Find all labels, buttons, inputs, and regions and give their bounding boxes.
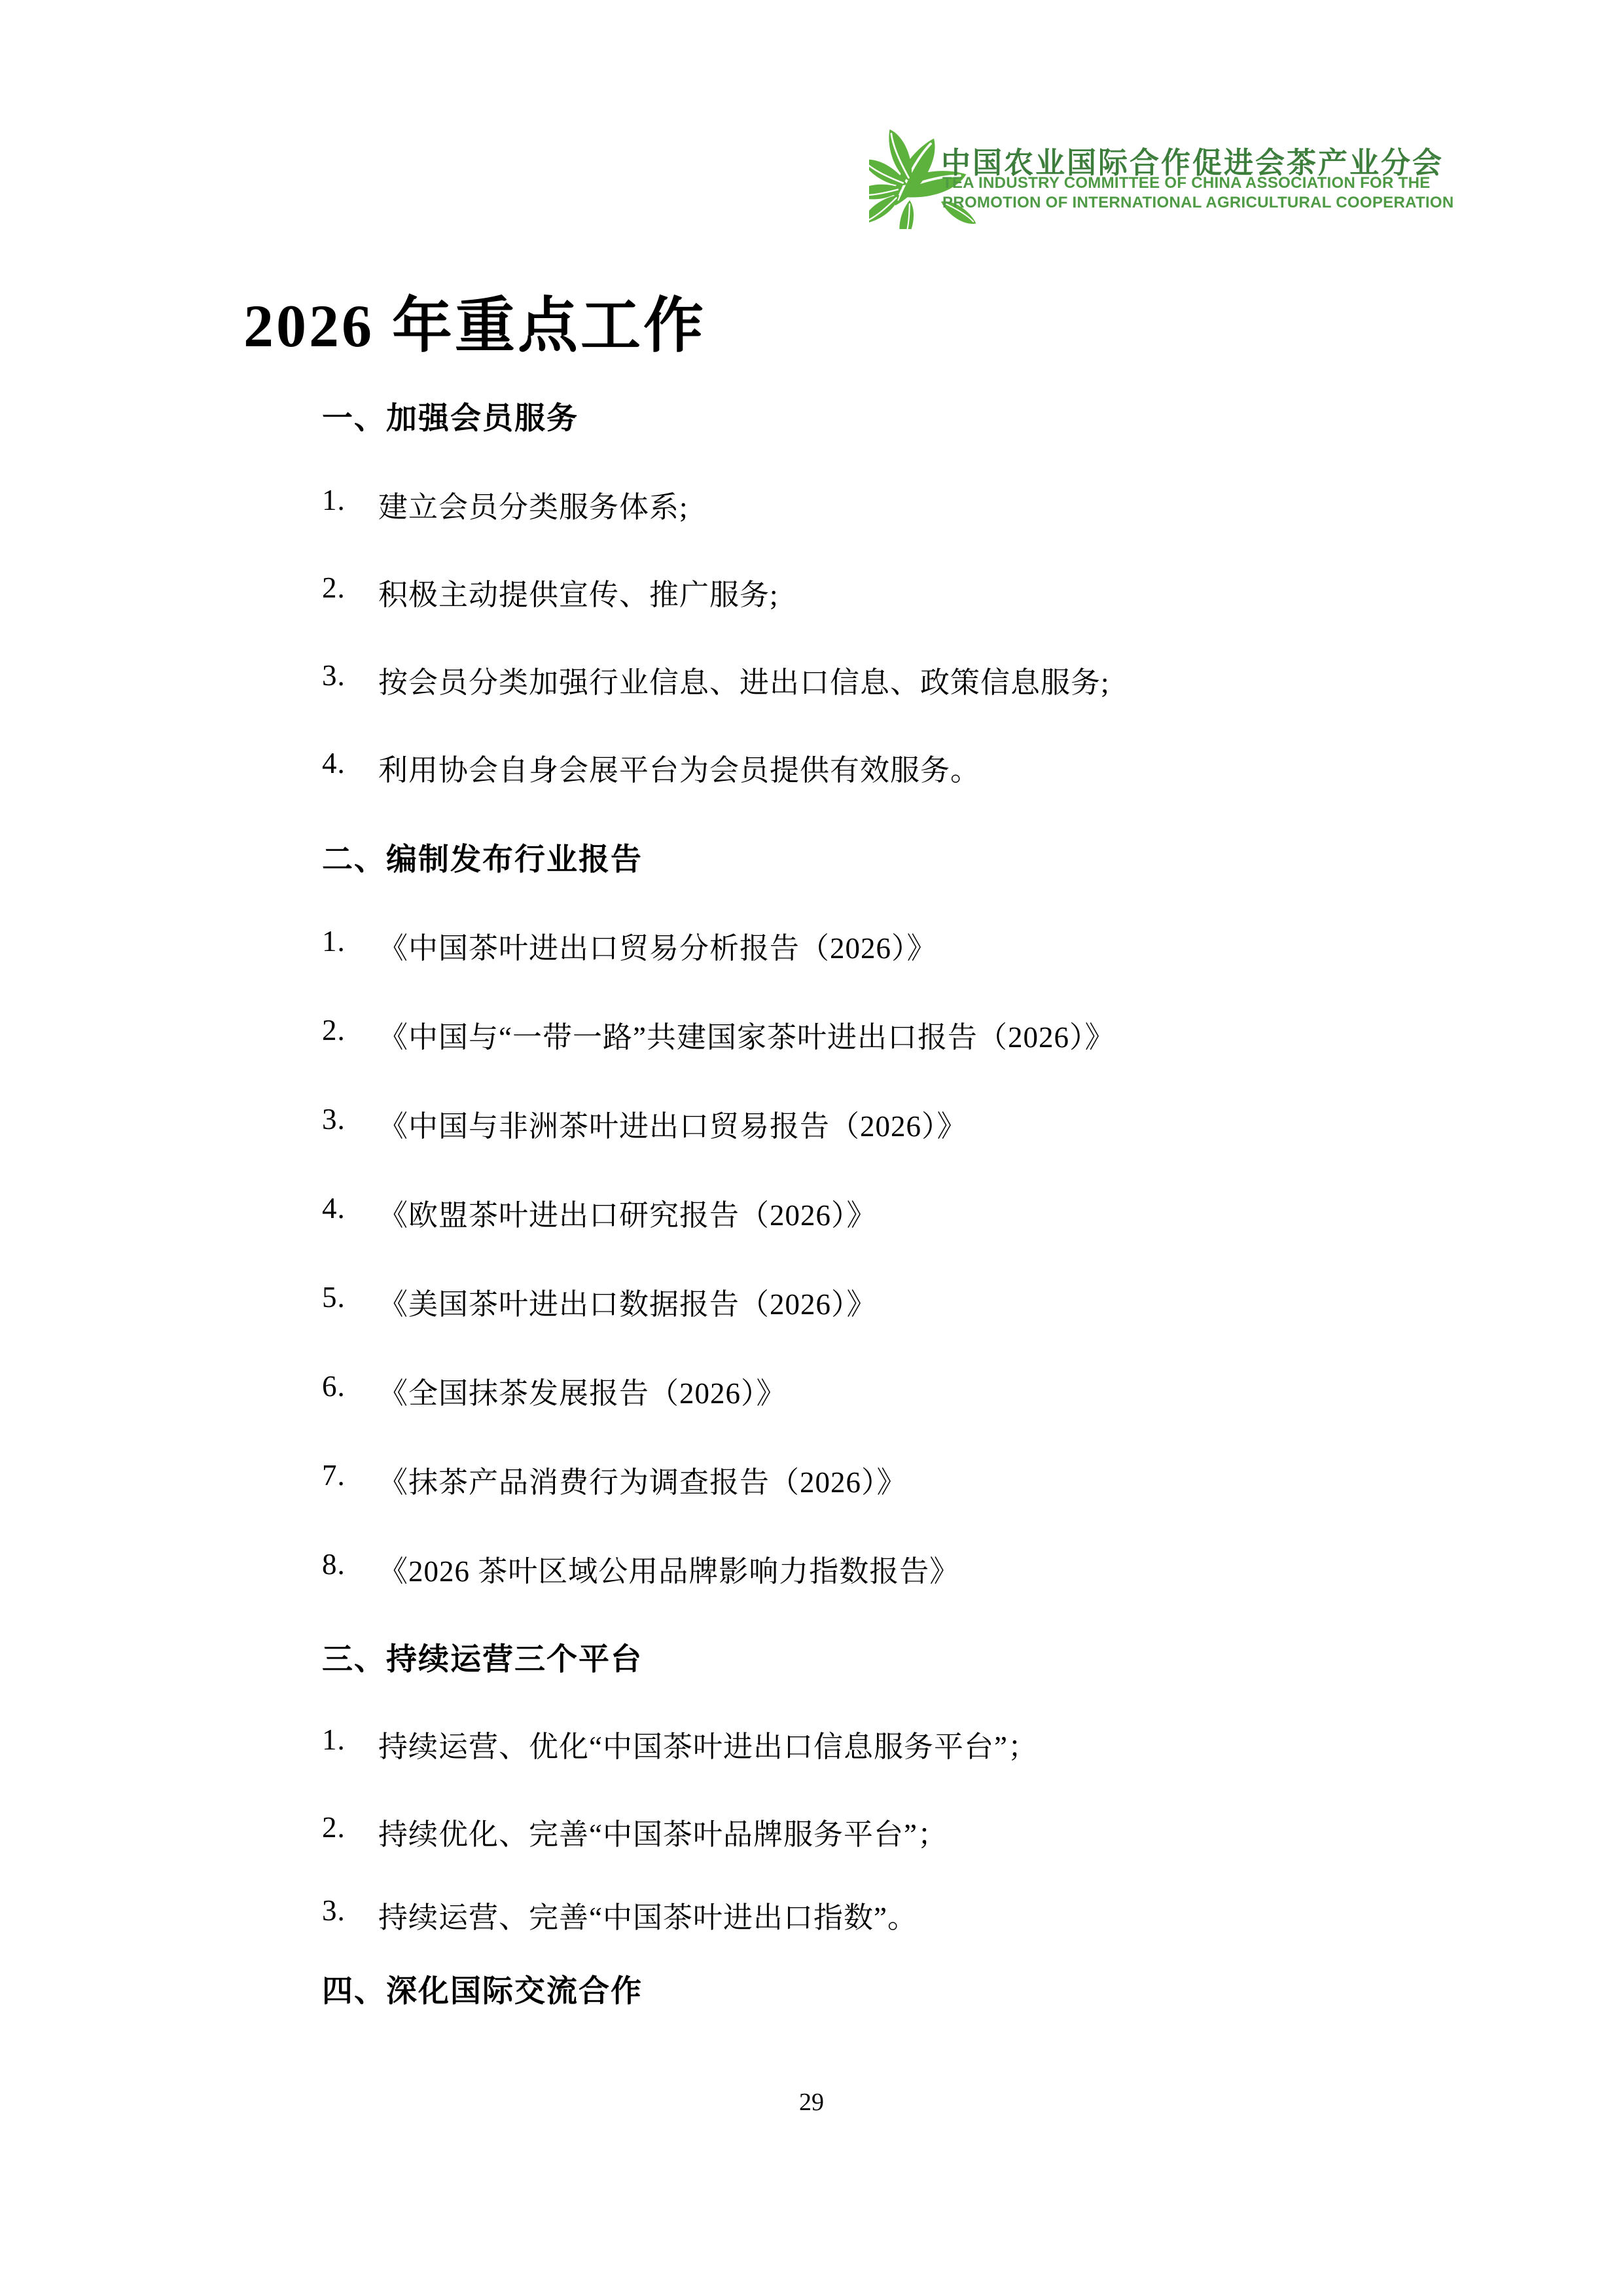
list-item-text: 利用协会自身会展平台为会员提供有效服务。	[378, 746, 980, 789]
list-item: 2. 积极主动提供宣传、推广服务;	[322, 571, 779, 613]
list-item-text: 积极主动提供宣传、推广服务;	[378, 571, 779, 613]
list-item-number: 7.	[322, 1458, 378, 1492]
list-item-number: 5.	[322, 1280, 378, 1314]
list-item-number: 3.	[322, 1893, 378, 1928]
list-item: 6. 《全国抹茶发展报告（2026）》	[322, 1369, 787, 1412]
list-item: 5. 《美国茶叶进出口数据报告（2026）》	[322, 1280, 877, 1323]
list-item: 7. 《抹茶产品消费行为调查报告（2026）》	[322, 1458, 907, 1501]
list-item-text: 按会员分类加强行业信息、进出口信息、政策信息服务;	[378, 658, 1110, 701]
list-item-number: 6.	[322, 1369, 378, 1403]
logo-org-name-en: TEA INDUSTRY COMMITTEE OF CHINA ASSOCIAT…	[942, 173, 1387, 213]
page-title: 2026 年重点工作	[243, 278, 706, 364]
list-item-text: 《中国与非洲茶叶进出口贸易报告（2026）》	[378, 1102, 967, 1145]
page-number: 29	[0, 2088, 1623, 2117]
list-item: 4. 《欧盟茶叶进出口研究报告（2026）》	[322, 1191, 877, 1234]
list-item-number: 1.	[322, 1723, 378, 1757]
list-item: 2. 《中国与“一带一路”共建国家茶叶进出口报告（2026）》	[322, 1013, 1115, 1056]
logo-org-name-en-line2: PROMOTION OF INTERNATIONAL AGRICULTURAL …	[942, 193, 1387, 213]
list-item: 3. 持续运营、完善“中国茶叶进出口指数”。	[322, 1893, 918, 1936]
list-item-number: 4.	[322, 746, 378, 780]
section-heading-3: 三、持续运营三个平台	[322, 1635, 643, 1679]
list-item-text: 《全国抹茶发展报告（2026）》	[378, 1369, 787, 1412]
list-item-number: 8.	[322, 1547, 378, 1581]
list-item-text: 《欧盟茶叶进出口研究报告（2026）》	[378, 1191, 877, 1234]
list-item-number: 3.	[322, 658, 378, 692]
list-item-text: 持续运营、优化“中国茶叶进出口信息服务平台”；	[378, 1723, 1038, 1765]
list-item-number: 1.	[322, 483, 378, 517]
list-item-text: 《美国茶叶进出口数据报告（2026）》	[378, 1280, 877, 1323]
list-item: 4. 利用协会自身会展平台为会员提供有效服务。	[322, 746, 980, 789]
section-heading-1: 一、加强会员服务	[322, 394, 579, 438]
list-item-number: 3.	[322, 1102, 378, 1136]
list-item-text: 建立会员分类服务体系;	[378, 483, 688, 526]
list-item: 2. 持续优化、完善“中国茶叶品牌服务平台”；	[322, 1810, 948, 1853]
list-item: 3. 《中国与非洲茶叶进出口贸易报告（2026）》	[322, 1102, 967, 1145]
section-heading-4: 四、深化国际交流合作	[322, 1967, 643, 2011]
logo-org-name-en-line1: TEA INDUSTRY COMMITTEE OF CHINA ASSOCIAT…	[942, 173, 1387, 193]
list-item: 1. 持续运营、优化“中国茶叶进出口信息服务平台”；	[322, 1723, 1038, 1765]
list-item-text: 《中国与“一带一路”共建国家茶叶进出口报告（2026）》	[378, 1013, 1115, 1056]
list-item-number: 2.	[322, 1810, 378, 1844]
list-item: 1. 《中国茶叶进出口贸易分析报告（2026）》	[322, 924, 937, 967]
list-item-number: 2.	[322, 571, 378, 605]
list-item: 3. 按会员分类加强行业信息、进出口信息、政策信息服务;	[322, 658, 1110, 701]
list-item-number: 4.	[322, 1191, 378, 1225]
section-heading-2: 二、编制发布行业报告	[322, 835, 643, 879]
list-item-text: 持续优化、完善“中国茶叶品牌服务平台”；	[378, 1810, 948, 1853]
list-item-text: 《2026 茶叶区域公用品牌影响力指数报告》	[378, 1547, 959, 1590]
list-item: 1. 建立会员分类服务体系;	[322, 483, 688, 526]
list-item-text: 持续运营、完善“中国茶叶进出口指数”。	[378, 1893, 918, 1936]
list-item-number: 1.	[322, 924, 378, 958]
document-page: 中国农业国际合作促进会茶产业分会 TEA INDUSTRY COMMITTEE …	[0, 0, 1623, 2296]
list-item-text: 《中国茶叶进出口贸易分析报告（2026）》	[378, 924, 937, 967]
list-item: 8. 《2026 茶叶区域公用品牌影响力指数报告》	[322, 1547, 959, 1590]
list-item-text: 《抹茶产品消费行为调查报告（2026）》	[378, 1458, 907, 1501]
list-item-number: 2.	[322, 1013, 378, 1047]
